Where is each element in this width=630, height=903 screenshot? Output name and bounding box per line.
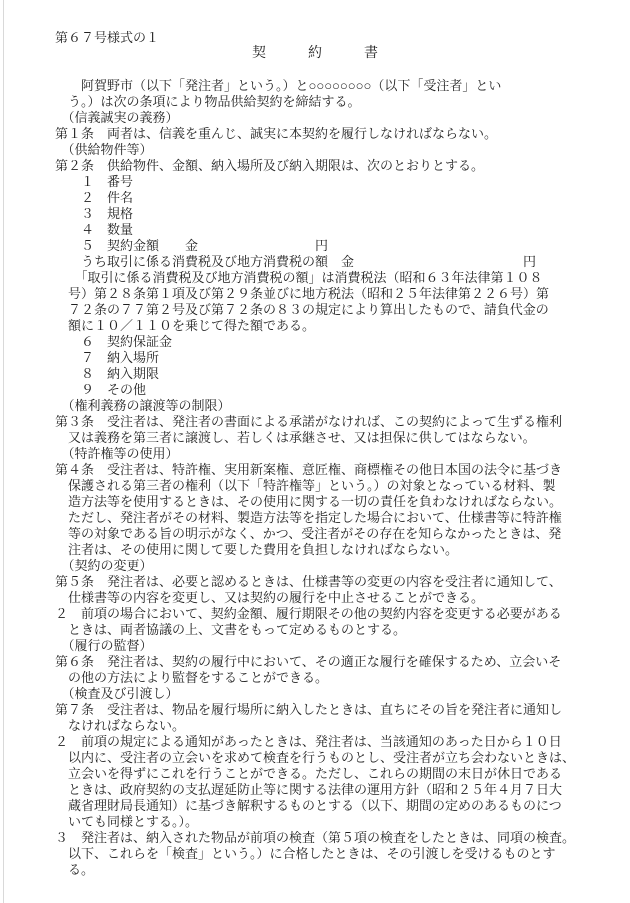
document-line: ３ 規格 <box>55 206 575 222</box>
document-line: （検査及び引渡し） <box>55 686 575 702</box>
document-line: １ 番号 <box>55 174 575 190</box>
document-line: 額に１０／１１０を乗じて得た額である。 <box>55 318 575 334</box>
document-line: ２ 前項の規定による通知があったときは、発注者は、当該通知のあった日から１０日 <box>55 734 575 750</box>
document-line: 注者は、その使用に関して要した費用を負担しなければならない。 <box>55 542 575 558</box>
document-line: 第２条 供給物件、金額、納入場所及び納入期限は、次のとおりとする。 <box>55 158 575 174</box>
document-line: 立会いを得ずにこれを行うことができる。ただし、これらの期間の末日が休日である <box>55 766 575 782</box>
document-line: ８ 納入期限 <box>55 366 575 382</box>
document-line: 蔵省理財局長通知）に基づき解釈するものとする（以下、期間の定めのあるものにつ <box>55 798 575 814</box>
document-line: の他の方法により監督をすることができる。 <box>55 670 575 686</box>
document-line: （履行の監督） <box>55 638 575 654</box>
document-line: 又は義務を第三者に譲渡し、若しくは承継させ、又は担保に供してはならない。 <box>55 430 575 446</box>
document-line: いても同様とする。）。 <box>55 814 575 830</box>
document-line: 「取引に係る消費税及び地方消費税の額」は消費税法（昭和６３年法律第１０８ <box>55 270 575 286</box>
document-line: 以下、これらを「検査」という。）に合格したときは、その引渡しを受けるものとす <box>55 846 575 862</box>
document-line: 等の対象である旨の明示がなく、かつ、受注者がその存在を知らなかったときは、発 <box>55 526 575 542</box>
document-line: る。 <box>55 862 575 878</box>
document-line: うち取引に係る消費税及び地方消費税の額 金 円 <box>55 254 575 270</box>
document-line: 第６条 発注者は、契約の履行中において、その適正な履行を確保するため、立会いそ <box>55 654 575 670</box>
document-line: （信義誠実の義務） <box>55 110 575 126</box>
document-line: ６ 契約保証金 <box>55 334 575 350</box>
document-line: 仕様書等の内容を変更し、又は契約の履行を中止させることができる。 <box>55 590 575 606</box>
document-line: 保護される第三者の権利（以下「特許権等」という。）の対象となっている材料、製 <box>55 478 575 494</box>
document-line: （契約の変更） <box>55 558 575 574</box>
document-line: （権利義務の譲渡等の制限） <box>55 398 575 414</box>
document-line: ４ 数量 <box>55 222 575 238</box>
document-line: 造方法等を使用するときは、その使用に関する一切の責任を負わなければならない。 <box>55 494 575 510</box>
document-line: ７２条の７７第２号及び第７２条の８３の規定により算出したもので、請負代金の <box>55 302 575 318</box>
form-number: 第６７号様式の１ <box>55 30 575 46</box>
document-line: 第３条 受注者は、発注者の書面による承諾がなければ、この契約によって生ずる権利 <box>55 414 575 430</box>
document-line: 以内に、受注者の立会いを求めて検査を行うものとし、受注者が立ち会わないときは、 <box>55 750 575 766</box>
document-line: ３ 発注者は、納入された物品が前項の検査（第５項の検査をしたときは、同項の検査。 <box>55 830 575 846</box>
document-line: （特許権等の使用） <box>55 446 575 462</box>
document-content: 第６７号様式の１ 契 約 書 阿賀野市（以下「発注者」という。）と○○○○○○○… <box>0 30 630 878</box>
document-line: 第４条 受注者は、特許権、実用新案権、意匠権、商標権その他日本国の法令に基づき <box>55 462 575 478</box>
document-line: 第１条 両者は、信義を重んじ、誠実に本契約を履行しなければならない。 <box>55 126 575 142</box>
document-line: なければならない。 <box>55 718 575 734</box>
document-line: ２ 前項の場合において、契約金額、履行期限その他の契約内容を変更する必要がある <box>55 606 575 622</box>
document-line: 号）第２８条第１項及び第２９条並びに地方税法（昭和２５年法律第２２６号）第 <box>55 286 575 302</box>
document-line: ７ 納入場所 <box>55 350 575 366</box>
document-line: ２ 件名 <box>55 190 575 206</box>
document-line: 阿賀野市（以下「発注者」という。）と○○○○○○○○（以下「受注者」とい <box>55 78 575 94</box>
document-line: 第７条 受注者は、物品を履行場所に納入したときは、直ちにその旨を発注者に通知し <box>55 702 575 718</box>
blank-line <box>55 62 575 78</box>
document-title: 契 約 書 <box>55 46 575 62</box>
document-line: ただし、発注者がその材料、製造方法等を指定した場合において、仕様書等に特許権 <box>55 510 575 526</box>
document-body: 阿賀野市（以下「発注者」という。）と○○○○○○○○（以下「受注者」とい う。）… <box>55 78 575 878</box>
document-line: ときは、政府契約の支払遅延防止等に関する法律の運用方針（昭和２５年４月７日大 <box>55 782 575 798</box>
contract-document-page: 第６７号様式の１ 契 約 書 阿賀野市（以下「発注者」という。）と○○○○○○○… <box>0 0 630 903</box>
document-line: ９ その他 <box>55 382 575 398</box>
document-line: ときは、両者協議の上、文書をもって定めるものとする。 <box>55 622 575 638</box>
document-line: 第５条 発注者は、必要と認めるときは、仕様書等の変更の内容を受注者に通知して、 <box>55 574 575 590</box>
document-line: う。）は次の条項により物品供給契約を締結する。 <box>55 94 575 110</box>
document-line: ５ 契約金額 金 円 <box>55 238 575 254</box>
document-line: （供給物件等） <box>55 142 575 158</box>
